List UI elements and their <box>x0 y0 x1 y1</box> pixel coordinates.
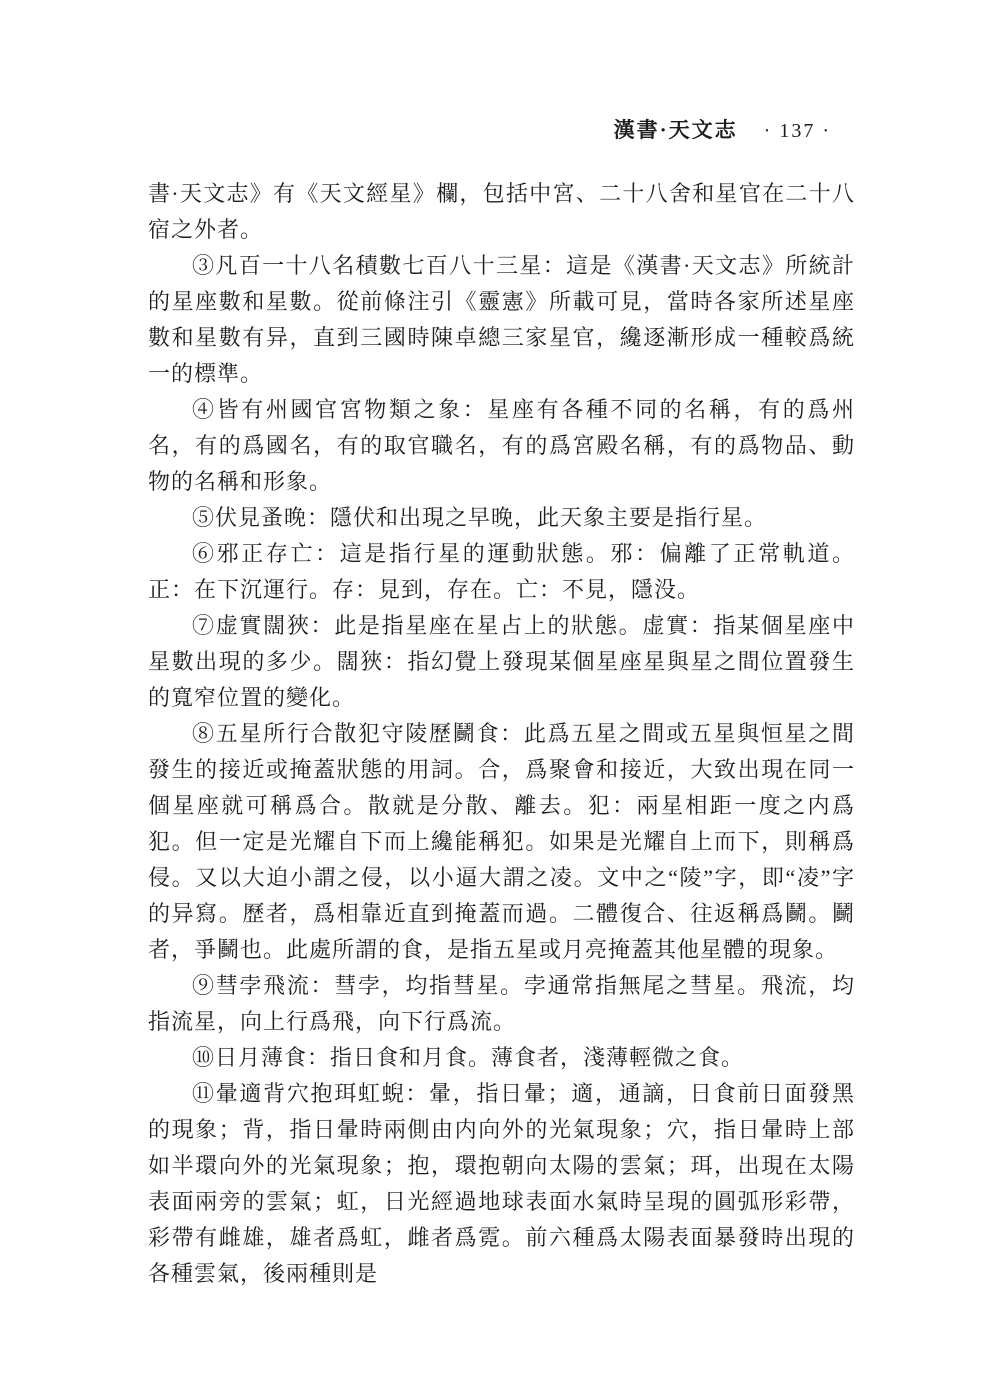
annotations-content: 書·天文志》有《天文經星》欄，包括中宮、二十八舍和星官在二十八宿之外者。③凡百一… <box>148 176 855 1292</box>
paragraph: ⑥邪正存亡：這是指行星的運動狀態。邪：偏離了正常軌道。正：在下沉運行。存：見到，… <box>148 536 855 608</box>
paragraph: ③凡百一十八名積數七百八十三星：這是《漢書·天文志》所統計的星座數和星數。從前條… <box>148 248 855 392</box>
paragraph: ⑤伏見蚤晚：隱伏和出現之早晚，此天象主要是指行星。 <box>148 500 855 536</box>
paragraph: ⑧五星所行合散犯守陵歷鬭食：此爲五星之間或五星與恒星之間發生的接近或掩蓋狀態的用… <box>148 716 855 968</box>
page-header: 漢書·天文志 · 137 · <box>148 114 855 144</box>
paragraph: 書·天文志》有《天文經星》欄，包括中宮、二十八舍和星官在二十八宿之外者。 <box>148 176 855 248</box>
book-page: 漢書·天文志 · 137 · 書·天文志》有《天文經星》欄，包括中宮、二十八舍和… <box>0 0 1000 1400</box>
running-title: 漢書·天文志 <box>614 114 738 144</box>
paragraph: ⑩日月薄食：指日食和月食。薄食者，淺薄輕微之食。 <box>148 1040 855 1076</box>
paragraph: ⑨彗孛飛流：彗孛，均指彗星。孛通常指無尾之彗星。飛流，均指流星，向上行爲飛，向下… <box>148 968 855 1040</box>
paragraph: ⑦虚實闊狹：此是指星座在星占上的狀態。虚實：指某個星座中星數出現的多少。闊狹：指… <box>148 608 855 716</box>
paragraph: ④皆有州國官宮物類之象：星座有各種不同的名稱，有的爲州名，有的爲國名，有的取官職… <box>148 392 855 500</box>
paragraph: ⑪暈適背穴抱珥虹蜺：暈，指日暈；適，通謫，日食前日面發黑的現象；背，指日暈時兩側… <box>148 1076 855 1292</box>
page-number: · 137 · <box>764 120 831 143</box>
